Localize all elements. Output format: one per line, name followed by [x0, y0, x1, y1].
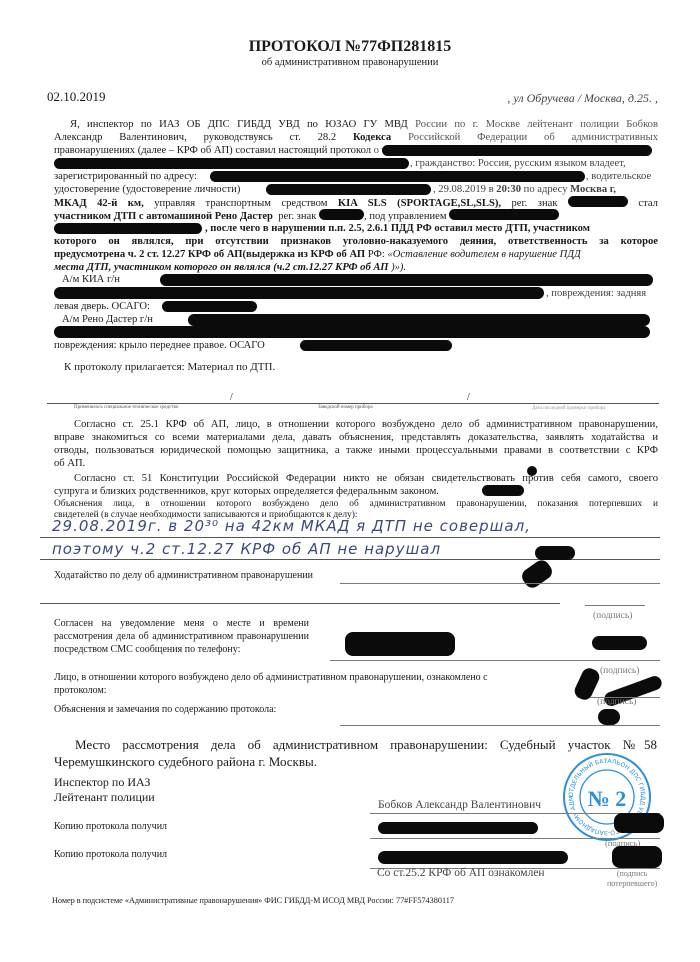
redaction	[162, 301, 257, 312]
sms-consent-label: посредством СМС сообщения по телефону:	[54, 643, 240, 656]
handwritten-explanation: 29.08.2019г. в 20³⁰ на 42км МКАД я ДТП н…	[52, 517, 531, 535]
signature-caption: (подпись)	[600, 666, 639, 676]
attached-materials: К протоколу прилагается: Материал по ДТП…	[64, 361, 275, 374]
signature-caption: (подпись)	[597, 697, 636, 707]
copy-received-label: Копию протокола получил	[54, 821, 167, 832]
kia-osago: левая дверь. ОСАГО:	[54, 300, 150, 313]
redaction	[378, 822, 538, 834]
redaction	[382, 145, 652, 156]
venue-text: Черемушкинского судебного района г. Моск…	[54, 754, 317, 770]
redaction	[612, 846, 662, 868]
body-line: , водительское	[586, 170, 651, 183]
check-label: Дата последней проверки прибора	[532, 406, 605, 411]
body-line: Я, инспектор по ИАЗ ОБ ДПС ГИБДД УВД по …	[70, 118, 658, 131]
redaction	[592, 636, 647, 650]
protocol-date: 02.10.2019	[47, 89, 106, 105]
redaction	[598, 709, 620, 725]
signature-caption: (подписьпотерпевшего)	[607, 869, 657, 889]
sms-consent-label: рассмотрения дела об административном пр…	[54, 630, 309, 643]
copy-received-label: Копию протокола получил	[54, 849, 167, 860]
redaction	[378, 851, 568, 864]
redaction	[535, 546, 575, 560]
inspector-title: Инспектор по ИАЗ	[54, 775, 150, 790]
venue-text: Место рассмотрения дела об административ…	[75, 737, 657, 753]
serial-label: Заводской номер прибора	[318, 405, 373, 410]
remarks-label: Объяснения и замечания по содержанию про…	[54, 703, 276, 716]
body-line: правонарушениях (далее – КРФ об АП) сост…	[54, 144, 418, 157]
reno-damage: повреждения: крыло переднее правое. ОСАГ…	[54, 339, 265, 352]
redaction	[54, 287, 544, 299]
redaction	[54, 158, 409, 169]
body-line: предусмотрена ч. 2 ст. 12.27 КРФ об АП(в…	[54, 248, 581, 261]
body-line: удостоверение (удостоверение личности)	[54, 183, 240, 196]
registry-number: Номер в подсистеме «Административные пра…	[52, 896, 454, 905]
article-252-ack: Со ст.25.2 КРФ об АП ознакомлен	[377, 867, 545, 879]
body-line: , 29.08.2019 в 20:30 по адресу Москва г,	[433, 183, 616, 196]
remarks-line	[340, 725, 660, 726]
rights-text: Согласно ст. 25.1 КРФ об АП, лицо, в отн…	[74, 418, 658, 431]
familiarized-label: протоколом:	[54, 684, 107, 697]
rights-text: отводы, пользоваться юридической помощью…	[54, 444, 658, 457]
familiarized-label: Лицо, в отношении которого возбуждено де…	[54, 671, 488, 684]
kia-label: А/м КИА г/н	[62, 273, 120, 286]
svg-text:№ 2: № 2	[588, 786, 627, 811]
redaction	[614, 813, 664, 833]
device-label: Применялось специальное техническое сред…	[74, 405, 178, 410]
redaction	[519, 557, 555, 591]
signature-caption: (подпись)	[593, 611, 632, 621]
body-line: , после чего в нарушении п.п. 2.5, 2.6.1…	[205, 222, 590, 235]
redaction	[527, 466, 537, 476]
redaction	[210, 171, 585, 182]
reno-label: А/м Рено Дастер г/н	[62, 313, 153, 326]
phone-redaction	[345, 632, 455, 656]
redaction	[54, 223, 202, 234]
redaction	[160, 274, 653, 286]
body-line: , гражданство: Россия, русским языком вл…	[410, 157, 626, 170]
protocol-place: , ул Обручева / Москва, д.25. ,	[507, 91, 658, 106]
rights-text: об АП.	[54, 457, 85, 470]
protocol-subtitle: об административном правонарушении	[0, 57, 700, 68]
kia-damage: , повреждения: задняя	[546, 287, 646, 300]
protocol-title: ПРОТОКОЛ №77ФП281815	[0, 38, 700, 56]
redaction	[300, 340, 452, 351]
sms-consent-label: Согласен на уведомление меня о месте и в…	[54, 617, 309, 630]
redaction	[188, 314, 650, 326]
motion-label: Ходатайство по делу об административном …	[54, 569, 313, 582]
motion-line	[340, 583, 660, 584]
handwritten-explanation: поэтому ч.2 ст.12.27 КРФ об АП не наруша…	[52, 540, 441, 558]
inspector-rank: Лейтенант полиции	[54, 790, 155, 805]
redaction	[266, 184, 431, 195]
rights-text: вправе знакомиться со всеми материалами …	[54, 431, 658, 444]
body-line: Александр Валентинович, руководствуясь с…	[54, 131, 658, 144]
body-line: которого он являлся, при отсутствии приз…	[54, 235, 658, 248]
redaction	[54, 326, 650, 338]
redaction	[482, 485, 524, 496]
body-line: зарегистрированный по адресу:	[54, 170, 197, 183]
device-line	[47, 403, 659, 404]
rights-text: Согласно ст. 51 Конституции Российской Ф…	[74, 472, 658, 485]
rights-text: супруга и близких родственников, круг ко…	[54, 485, 439, 498]
inspector-name: Бобков Александр Валентинович	[378, 799, 541, 811]
